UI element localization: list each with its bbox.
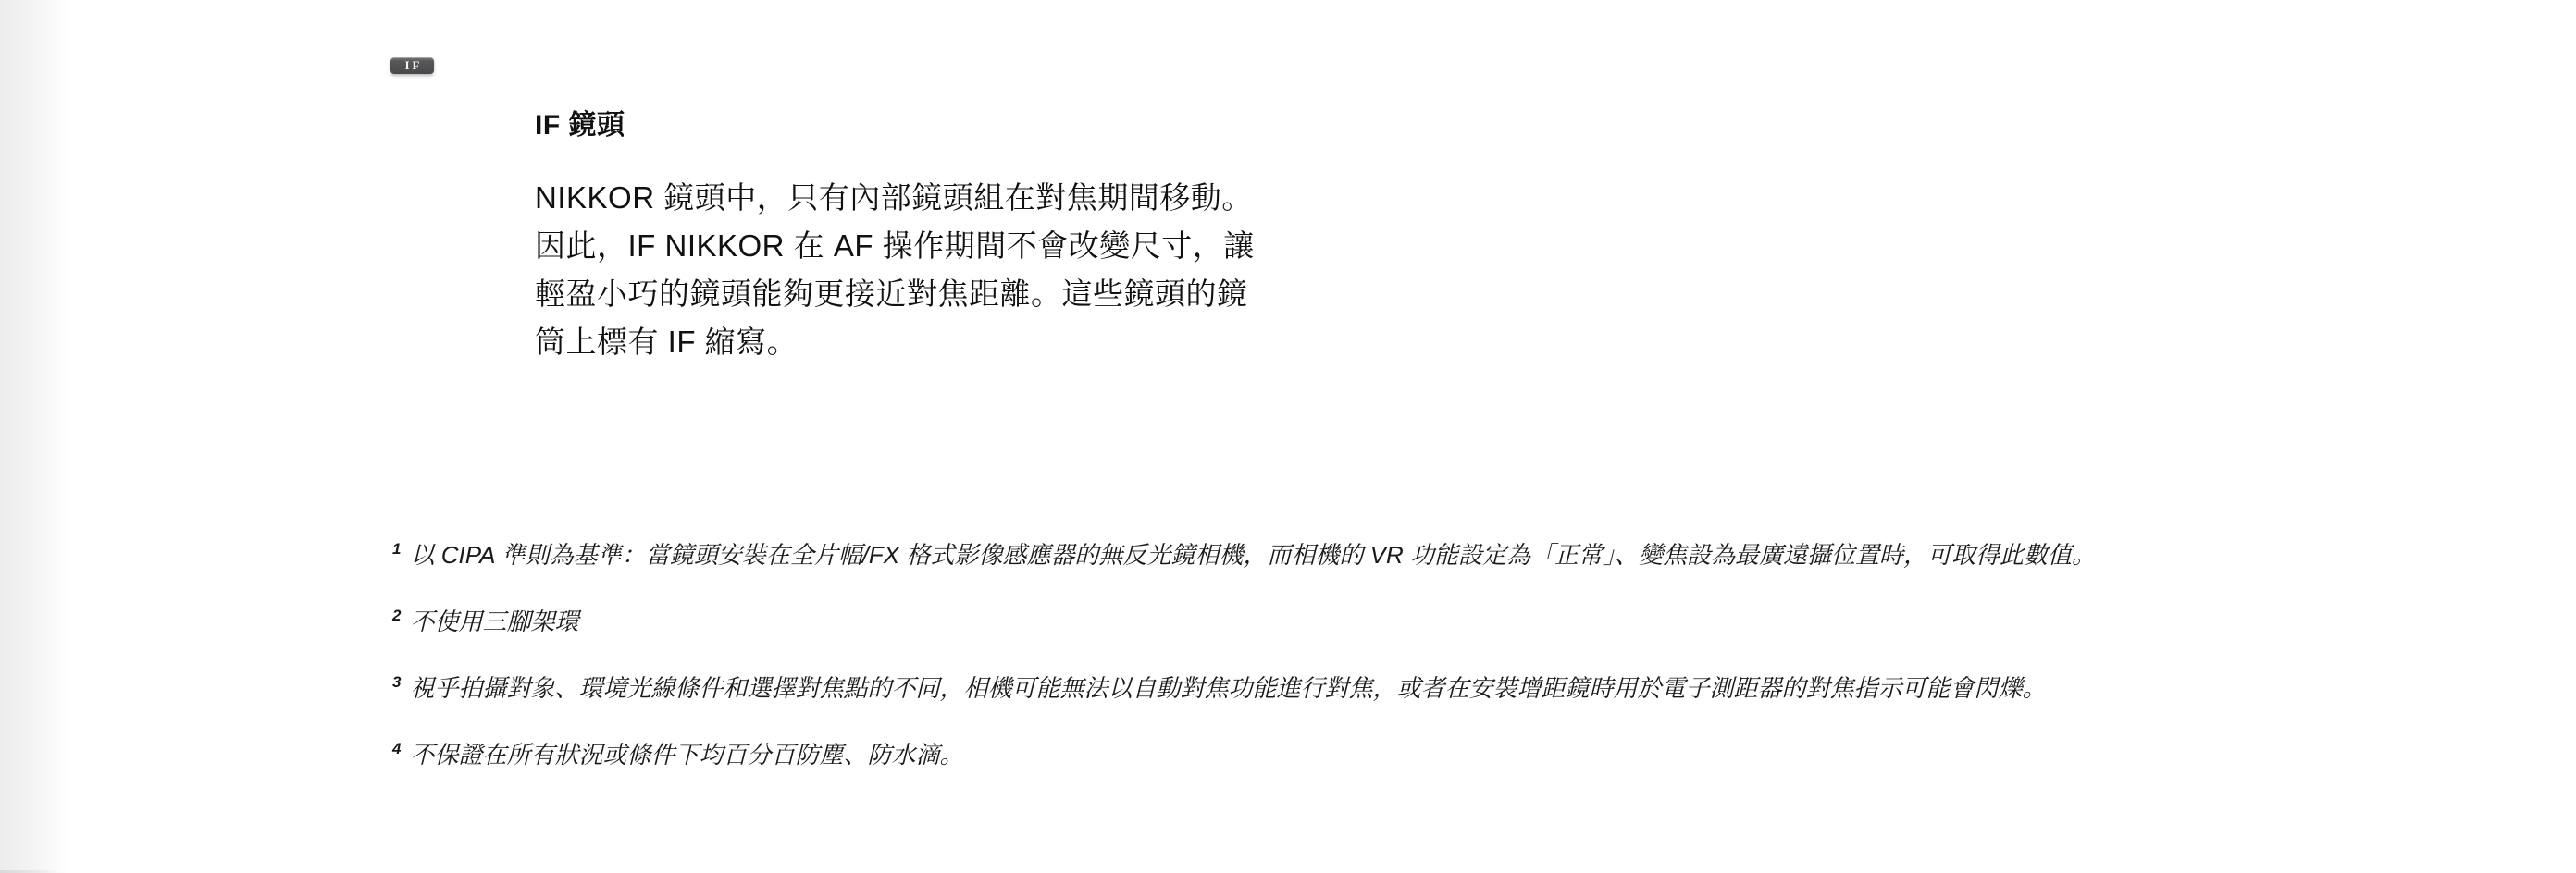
footnote-marker: 2 <box>392 601 401 631</box>
footnote-text: 不使用三腳架環 <box>410 608 578 635</box>
footnote-marker: 4 <box>392 734 401 764</box>
footnote-text: 以 CIPA 準則為基準：當鏡頭安裝在全片幅/FX 格式影像感應器的無反光鏡相機… <box>410 541 2095 569</box>
footnote-item: 1以 CIPA 準則為基準：當鏡頭安裝在全片幅/FX 格式影像感應器的無反光鏡相… <box>392 535 2096 570</box>
footnote-item: 2不使用三腳架環 <box>392 601 2096 636</box>
footnote-text: 視乎拍攝對象、環境光線條件和選擇對焦點的不同，相機可能無法以自動對焦功能進行對焦… <box>410 674 2046 702</box>
if-badge-icon: IF <box>390 57 434 74</box>
footnote-item: 3視乎拍攝對象、環境光線條件和選擇對焦點的不同，相機可能無法以自動對焦功能進行對… <box>392 668 2096 703</box>
footnote-text: 不保證在所有狀況或條件下均百分百防塵、防水滴。 <box>410 741 963 768</box>
footnote-marker: 1 <box>392 535 401 564</box>
page-edge-shadow <box>0 0 104 873</box>
if-badge-label: IF <box>402 58 423 73</box>
footnotes-list: 1以 CIPA 準則為基準：當鏡頭安裝在全片幅/FX 格式影像感應器的無反光鏡相… <box>392 535 2096 801</box>
section-heading: IF 鏡頭 <box>535 102 625 142</box>
section-body-paragraph: NIKKOR 鏡頭中，只有內部鏡頭組在對焦期間移動。因此，IF NIKKOR 在… <box>535 174 1255 366</box>
footnote-item: 4不保證在所有狀況或條件下均百分百防塵、防水滴。 <box>392 734 2096 769</box>
footnote-marker: 3 <box>392 668 401 697</box>
